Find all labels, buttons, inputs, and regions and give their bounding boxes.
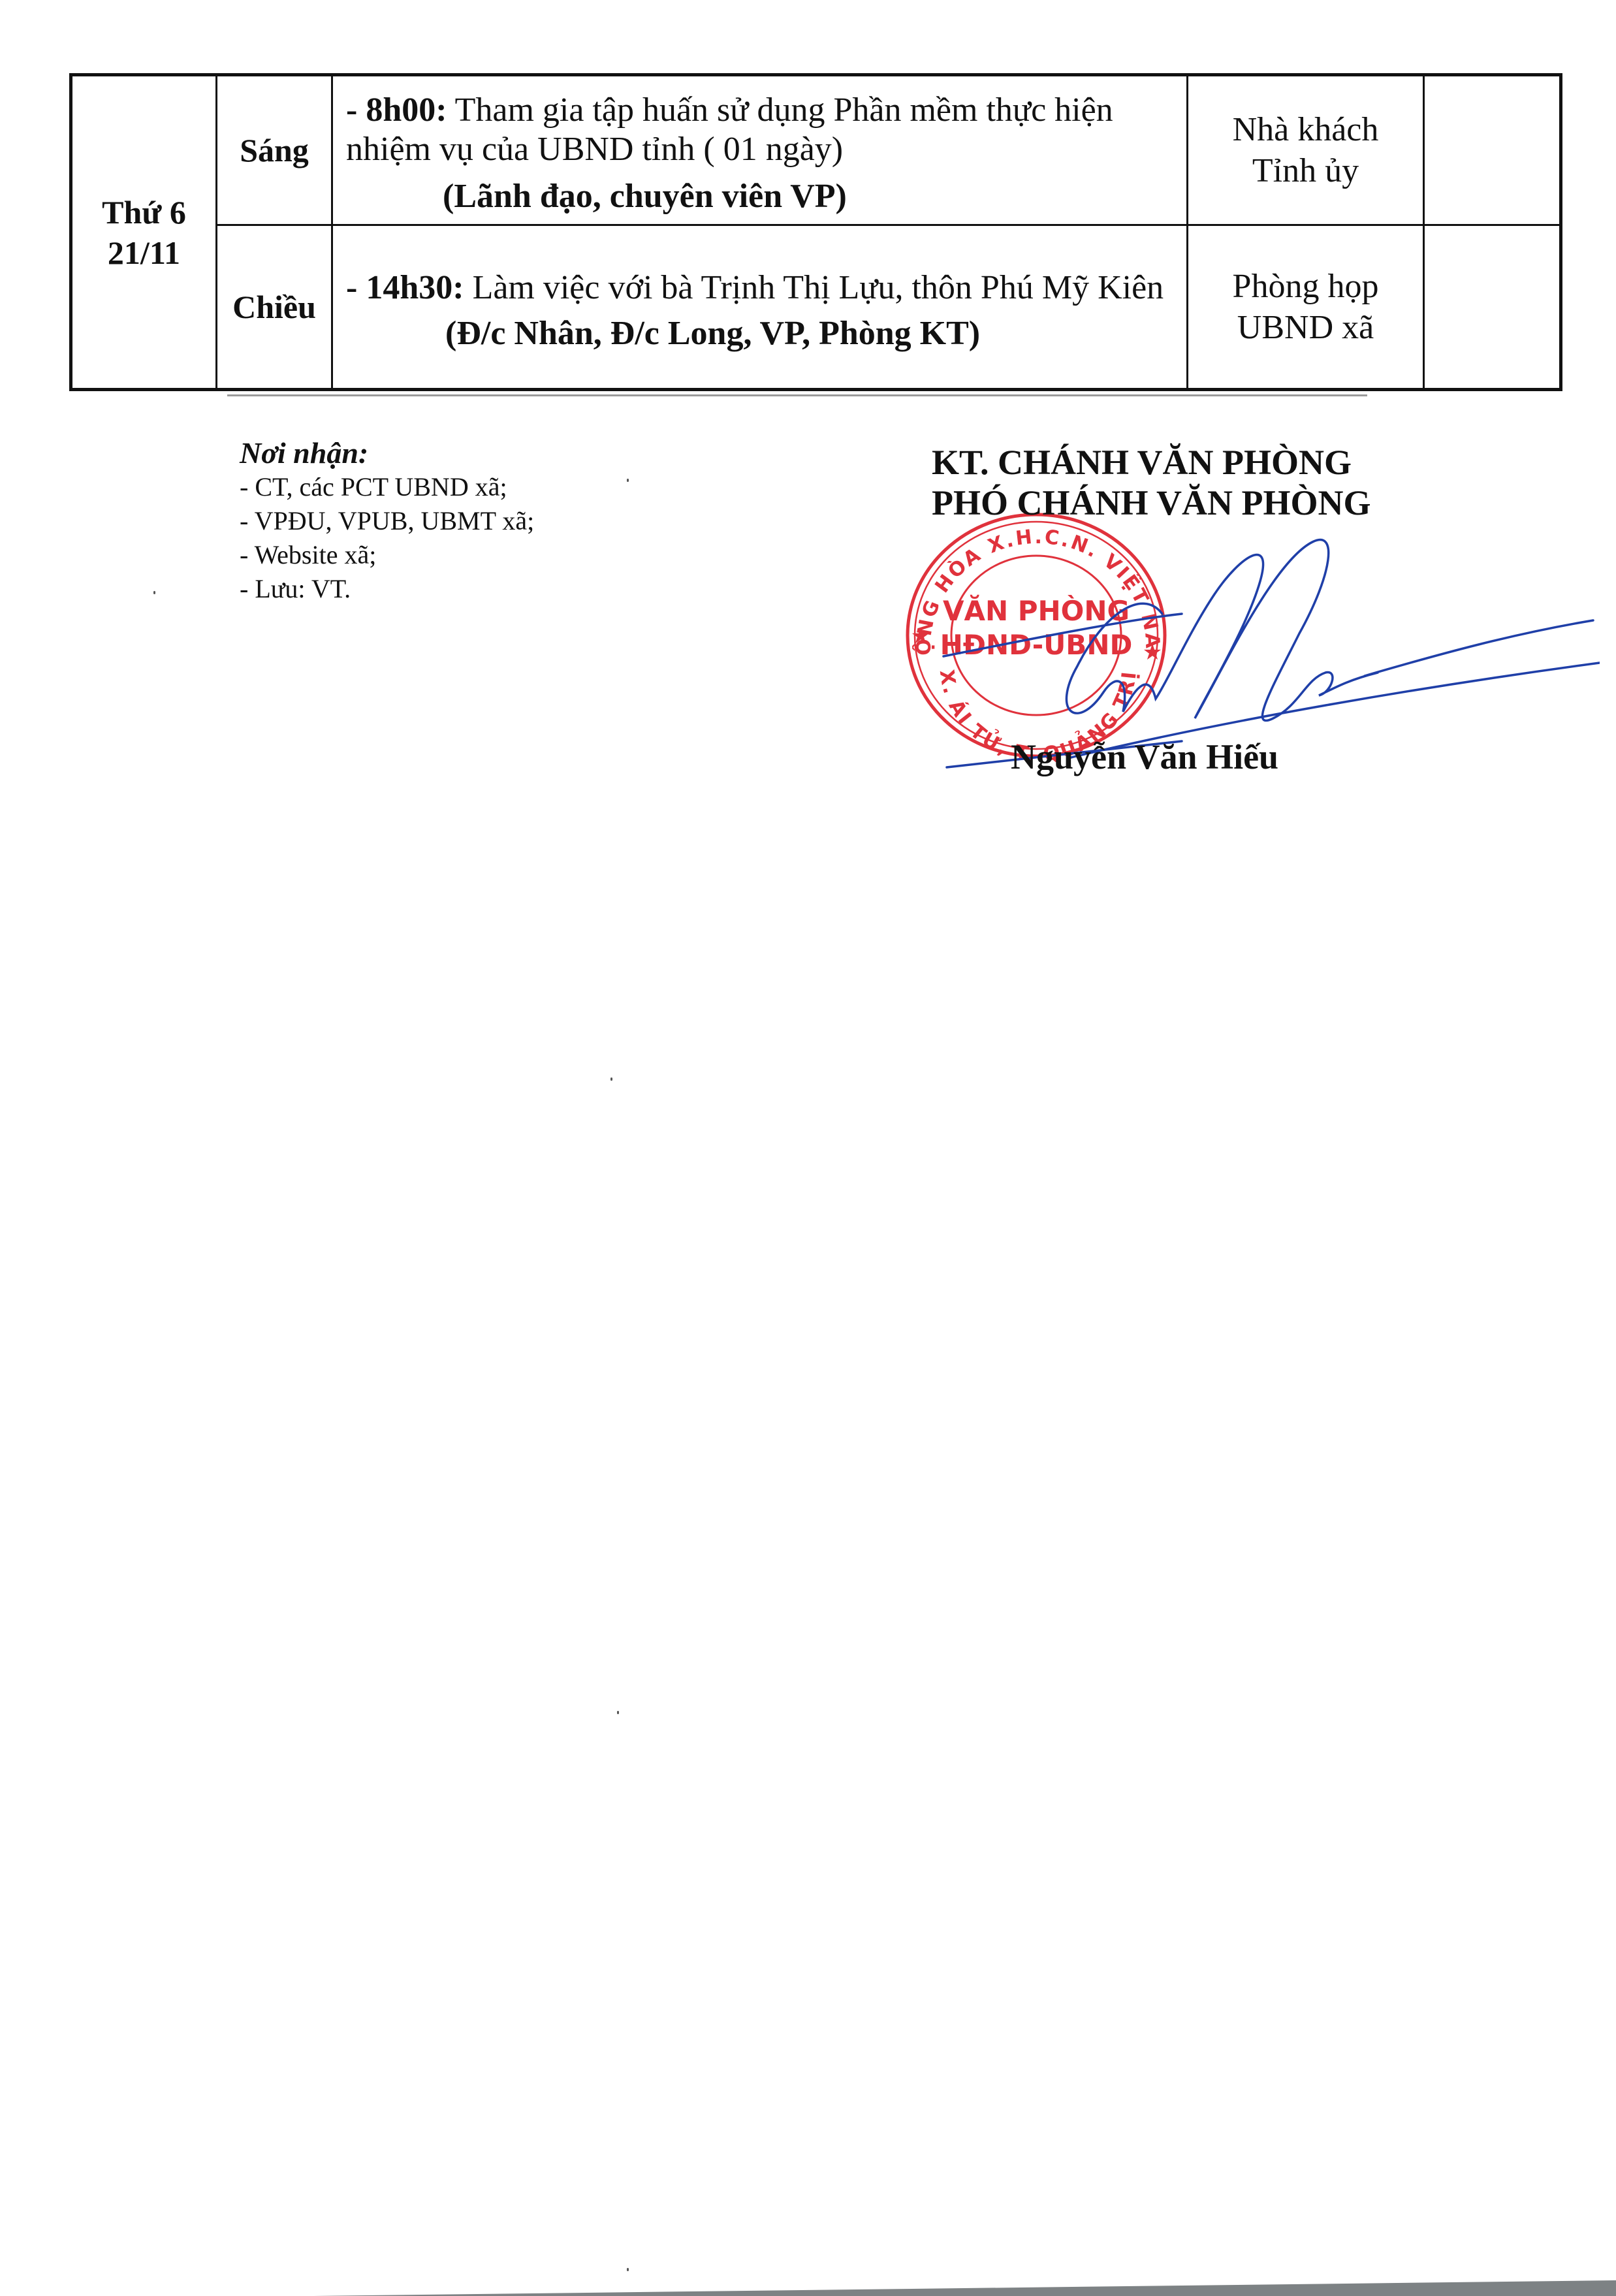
recipients-heading: Nơi nhận:	[240, 436, 534, 470]
activity-participants: (Đ/c Nhân, Đ/c Long, VP, Phòng KT)	[346, 314, 1164, 353]
day-date: 21/11	[108, 232, 180, 273]
schedule-table: Thứ 6 21/11 Sáng - 8h00: Tham gia tập hu…	[69, 73, 1562, 391]
activity-text: Làm việc với bà Trịnh Thị Lựu, thôn Phú …	[464, 269, 1164, 306]
signer-name: Nguyễn Văn Hiếu	[1011, 737, 1278, 777]
activity-text: Tham gia tập huấn sử dụng Phần mềm thực …	[447, 91, 1113, 129]
location-line: UBND xã	[1237, 307, 1374, 348]
note-morning	[1425, 76, 1559, 224]
activity-time: - 8h00:	[346, 91, 447, 129]
table-underline	[227, 394, 1367, 396]
day-weekday: Thứ 6	[102, 192, 186, 232]
recipient-item: - Website xã;	[240, 538, 534, 572]
scan-speck	[153, 591, 155, 594]
recipients-block: Nơi nhận: - CT, các PCT UBND xã; - VPĐU,…	[240, 436, 534, 606]
scan-speck	[627, 479, 629, 482]
location-morning: Nhà khách Tỉnh ủy	[1188, 76, 1423, 224]
activity-line: - 14h30: Làm việc với bà Trịnh Thị Lựu, …	[346, 268, 1164, 308]
location-line: Tỉnh ủy	[1252, 150, 1359, 191]
column-divider	[331, 76, 333, 388]
session-afternoon: Chiều	[217, 226, 331, 388]
session-label: Sáng	[240, 131, 309, 170]
note-afternoon	[1425, 226, 1559, 388]
scan-speck	[610, 1077, 612, 1081]
activity-afternoon: - 14h30: Làm việc với bà Trịnh Thị Lựu, …	[346, 268, 1164, 353]
location-afternoon: Phòng họp UBND xã	[1188, 226, 1423, 388]
recipient-item: - CT, các PCT UBND xã;	[240, 470, 534, 504]
signature-title-line2: PHÓ CHÁNH VĂN PHÒNG	[932, 483, 1371, 523]
session-morning: Sáng	[217, 76, 331, 224]
scan-edge-band	[0, 2270, 1616, 2296]
activity-time: - 14h30:	[346, 269, 464, 306]
activity-participants: (Lãnh đạo, chuyên viên VP)	[346, 177, 1113, 216]
recipient-item: - VPĐU, VPUB, UBMT xã;	[240, 504, 534, 538]
scan-speck	[617, 1711, 619, 1714]
signature-title-line1: KT. CHÁNH VĂN PHÒNG	[932, 442, 1352, 483]
location-line: Nhà khách	[1233, 109, 1379, 150]
session-label: Chiều	[232, 287, 316, 327]
activity-morning: - 8h00: Tham gia tập huấn sử dụng Phần m…	[346, 91, 1113, 216]
activity-line: nhiệm vụ của UBND tỉnh ( 01 ngày)	[346, 130, 1113, 169]
activity-line: - 8h00: Tham gia tập huấn sử dụng Phần m…	[346, 91, 1113, 130]
recipient-item: - Lưu: VT.	[240, 572, 534, 606]
location-line: Phòng họp	[1233, 266, 1379, 307]
day-cell: Thứ 6 21/11	[72, 76, 215, 388]
document-page: Thứ 6 21/11 Sáng - 8h00: Tham gia tập hu…	[0, 0, 1616, 2296]
